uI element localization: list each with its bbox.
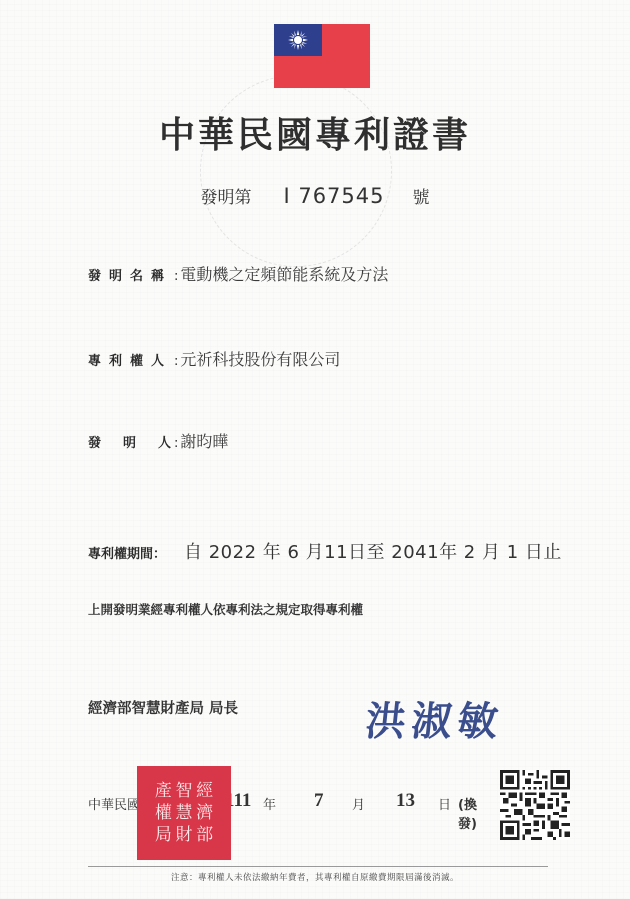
colon: : bbox=[174, 269, 178, 284]
issue-day: 13 bbox=[396, 790, 415, 812]
seal-char: 濟 bbox=[194, 802, 215, 824]
reissue-note: (換發) bbox=[458, 794, 488, 832]
term-value: 自 2022 年 6 月11日至 2041年 2 月 1 日止 bbox=[184, 538, 562, 564]
seal-char: 經 bbox=[194, 780, 215, 802]
grant-statement: 上開發明業經專利權人依專利法之規定取得專利權 bbox=[88, 600, 363, 618]
official-seal: 產 智 經 權 慧 濟 局 財 部 bbox=[137, 766, 231, 860]
seal-char: 財 bbox=[174, 824, 195, 846]
day-unit: 日 bbox=[438, 794, 451, 813]
seal-char: 局 bbox=[153, 824, 174, 846]
field-inventor: 發明人:謝昀曄 bbox=[88, 429, 228, 452]
field-invention-title: 發明名稱:電動機之定頻節能系統及方法 bbox=[88, 262, 388, 285]
footer-notice: 注意：專利權人未依法繳納年費者，其專利權自原繳費期限屆滿後消滅。 bbox=[0, 871, 630, 883]
footer-divider bbox=[88, 866, 548, 867]
seal-char: 權 bbox=[153, 802, 174, 824]
field-label: 發明人 bbox=[88, 432, 174, 451]
seal-char: 慧 bbox=[174, 802, 195, 824]
roc-flag-icon bbox=[274, 24, 370, 88]
seal-characters: 產 智 經 權 慧 濟 局 財 部 bbox=[153, 780, 215, 846]
field-label: 發明名稱 bbox=[88, 265, 174, 284]
year-unit: 年 bbox=[263, 794, 276, 813]
seal-char: 部 bbox=[194, 824, 215, 846]
qr-code-icon[interactable] bbox=[500, 770, 570, 840]
field-label: 專利權人 bbox=[88, 350, 174, 369]
field-value: 謝昀曄 bbox=[180, 429, 228, 452]
colon: : bbox=[174, 436, 178, 451]
seal-char: 產 bbox=[153, 780, 174, 802]
field-value: 元祈科技股份有限公司 bbox=[180, 347, 340, 370]
patent-number-line: 發明第I 767545號 bbox=[0, 183, 630, 208]
patent-number-prefix: 發明第 bbox=[200, 188, 251, 208]
colon: : bbox=[174, 354, 178, 369]
term-label: 專利權期間： bbox=[88, 543, 184, 562]
patent-term: 專利權期間： 自 2022 年 6 月11日至 2041年 2 月 1 日止 bbox=[88, 538, 562, 564]
flag-canton bbox=[274, 24, 322, 56]
month-unit: 月 bbox=[352, 794, 365, 813]
white-sun-icon bbox=[288, 30, 308, 50]
director-signature: 洪淑敏 bbox=[363, 690, 507, 747]
field-value: 電動機之定頻節能系統及方法 bbox=[180, 262, 388, 285]
issuing-office: 經濟部智慧財產局 局長 bbox=[88, 697, 238, 718]
certificate-title: 中華民國專利證書 bbox=[0, 107, 630, 158]
patent-number-suffix: 號 bbox=[413, 188, 430, 208]
field-patentee: 專利權人:元祈科技股份有限公司 bbox=[88, 347, 340, 370]
issue-month: 7 bbox=[314, 790, 324, 812]
era-label: 中華民國 bbox=[88, 794, 140, 813]
patent-number: I 767545 bbox=[283, 184, 384, 208]
watermark-emblem bbox=[200, 75, 392, 267]
seal-char: 智 bbox=[174, 780, 195, 802]
